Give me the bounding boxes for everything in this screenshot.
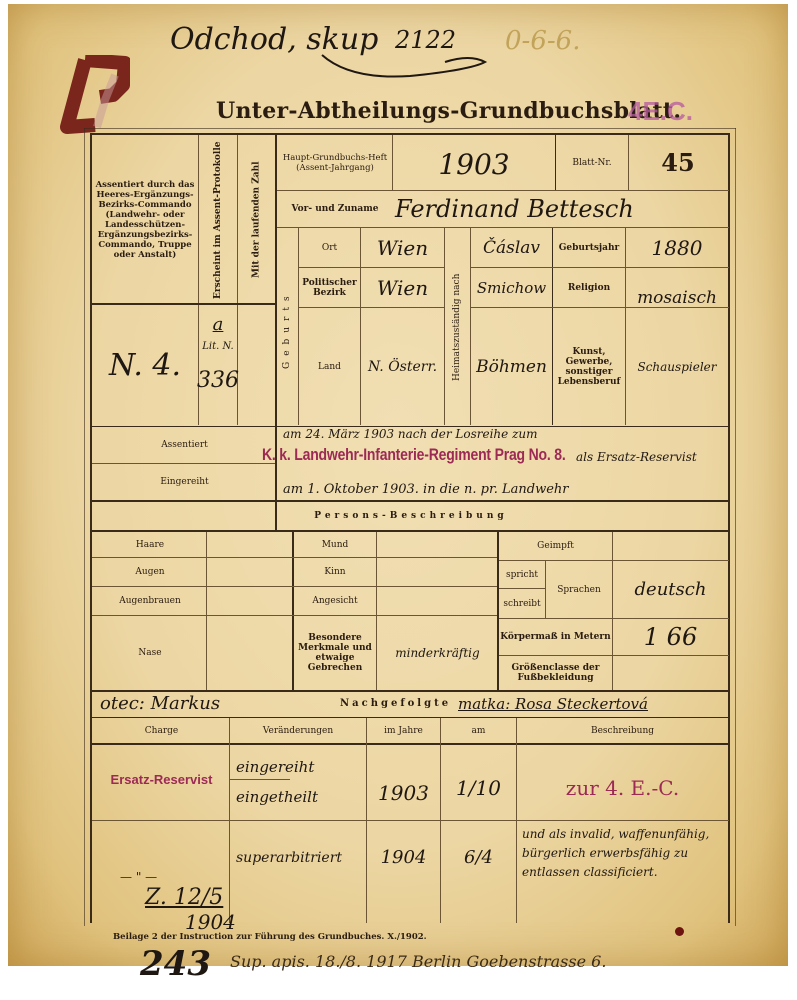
ort-value: Wien bbox=[361, 228, 444, 267]
koerpermass-value: 1 66 bbox=[613, 619, 728, 655]
col-beschreibung: Beschreibung bbox=[517, 718, 728, 743]
groessenclasse-label: Größenclasse der Fußbekleidung bbox=[499, 656, 612, 690]
land-value: N. Österr. bbox=[361, 308, 444, 425]
geburtsjahr-value: 1880 bbox=[626, 228, 728, 267]
augenbrauen-label: Augenbrauen bbox=[94, 587, 206, 615]
stamp-top-right: 4E.C. bbox=[628, 96, 693, 127]
land-label: Land bbox=[299, 308, 360, 425]
koerpermass-label: Körpermaß in Metern bbox=[499, 619, 612, 655]
page-title: Unter-Abtheilungs-Grundbuchsblatt. bbox=[216, 98, 681, 124]
assentiert-by-value: N. 4. bbox=[94, 306, 196, 424]
protokoll-number: 336 bbox=[199, 360, 237, 400]
merkmale-value: minderkräftig bbox=[378, 616, 497, 690]
row2-year: 1904 bbox=[367, 842, 440, 872]
sprachen-value: deutsch bbox=[613, 561, 728, 618]
mund-label: Mund bbox=[294, 532, 376, 557]
description-title: Persons-Beschreibung bbox=[94, 502, 728, 530]
row2-date: 6/4 bbox=[441, 842, 516, 872]
mother-name: matka: Rosa Steckertová bbox=[458, 695, 648, 713]
heimat-ort-value: Čáslav bbox=[471, 228, 552, 267]
change-row1-line2: eingetheilt bbox=[236, 788, 318, 806]
frame-right bbox=[728, 133, 730, 923]
blatt-label: Blatt-Nr. bbox=[556, 136, 628, 189]
hauptgrundbuch-value: 1903 bbox=[393, 140, 555, 188]
assentiert-by-header: Assentiert durch das Heeres-Ergänzungs-B… bbox=[94, 140, 196, 300]
religion-label: Religion bbox=[553, 268, 625, 307]
row2-description: und als invalid, waffenunfähig, bürgerli… bbox=[522, 825, 722, 882]
nase-label: Nase bbox=[94, 616, 206, 690]
assentiert-value-suffix: als Ersatz-Reservist bbox=[576, 450, 697, 464]
col-im-jahre: im Jahre bbox=[367, 718, 440, 743]
haare-label: Haare bbox=[94, 532, 206, 557]
beruf-label: Kunst, Gewerbe, sonstiger Lebensberuf bbox=[553, 308, 625, 425]
geimpft-label: Geimpft bbox=[499, 532, 612, 560]
assentiert-value: am 24. März 1903 nach der Losreihe zum bbox=[283, 427, 538, 441]
change-row1-line1: eingereiht bbox=[236, 758, 314, 776]
row1-date: 1/10 bbox=[441, 770, 516, 806]
ditto-mark: — " — bbox=[120, 870, 157, 884]
frame-left bbox=[90, 133, 92, 923]
frame-top bbox=[90, 133, 730, 135]
laufende-zahl-header: Mit der laufenden Zahl bbox=[239, 140, 274, 300]
geburts-label: Geburts bbox=[277, 240, 297, 420]
augen-label: Augen bbox=[94, 558, 206, 586]
bottom-note: Sup. apis. 18./8. 1917 Berlin Goebenstra… bbox=[230, 952, 606, 971]
col-am: am bbox=[441, 718, 516, 743]
eingereiht-value: am 1. Oktober 1903. in die n. pr. Landwe… bbox=[283, 482, 569, 497]
red-mark bbox=[55, 55, 130, 135]
name-label: Vor- und Zuname bbox=[280, 191, 390, 226]
row1-year: 1903 bbox=[367, 778, 440, 808]
protokoll-header: Erscheint im Assent-Protokolle bbox=[200, 140, 236, 300]
reference-number: Z. 12/5 bbox=[145, 885, 223, 910]
protokoll-lit: Lit. N. bbox=[199, 336, 237, 356]
heimat-land-value: Böhmen bbox=[471, 308, 552, 425]
protokoll-a: a bbox=[199, 312, 237, 336]
bottom-number: 243 bbox=[140, 944, 211, 984]
ort-label: Ort bbox=[299, 228, 360, 267]
underline-swoosh bbox=[320, 50, 490, 85]
heimat-bezirk-value: Smichow bbox=[471, 268, 552, 307]
spricht-label: spricht bbox=[499, 561, 545, 588]
beruf-value: Schauspieler bbox=[626, 308, 728, 425]
name-value: Ferdinand Bettesch bbox=[395, 191, 725, 226]
eingereiht-label: Eingereiht bbox=[94, 464, 275, 500]
reference-year: 1904 bbox=[185, 910, 236, 934]
col-veraenderungen: Veränderungen bbox=[230, 718, 366, 743]
bezirk-value: Wien bbox=[361, 268, 444, 307]
charge-stamp: Ersatz-Reservist bbox=[94, 760, 229, 800]
printer-note: Beilage 2 der Instruction zur Führung de… bbox=[113, 932, 427, 942]
geburtsjahr-label: Geburtsjahr bbox=[553, 228, 625, 267]
blatt-value: 45 bbox=[629, 136, 727, 189]
change-row2: superarbitriert bbox=[236, 850, 342, 866]
row1-description: zur 4. E.-C. bbox=[517, 770, 728, 806]
pencil-note: 0-6-6. bbox=[505, 26, 580, 56]
assentiert-label: Assentiert bbox=[94, 427, 275, 463]
nachgefolgte-label: Nachgefolgte bbox=[340, 698, 451, 709]
merkmale-label: Besondere Merkmale und etwaige Gebrechen bbox=[294, 616, 376, 690]
father-name: otec: Markus bbox=[100, 693, 220, 714]
ink-blot bbox=[675, 927, 684, 936]
bezirk-label: Politischer Bezirk bbox=[299, 268, 360, 307]
schreibt-label: schreibt bbox=[499, 589, 545, 618]
col-charge: Charge bbox=[94, 718, 229, 743]
angesicht-label: Angesicht bbox=[294, 587, 376, 615]
sprachen-label: Sprachen bbox=[546, 561, 612, 618]
kinn-label: Kinn bbox=[294, 558, 376, 586]
heimat-label: Heimatszuständig nach bbox=[445, 235, 469, 420]
hauptgrundbuch-label: Haupt-Grundbuchs-Heft (Assent-Jahrgang) bbox=[280, 136, 390, 189]
regiment-stamp: K. k. Landwehr-Infanterie-Regiment Prag … bbox=[262, 444, 566, 463]
